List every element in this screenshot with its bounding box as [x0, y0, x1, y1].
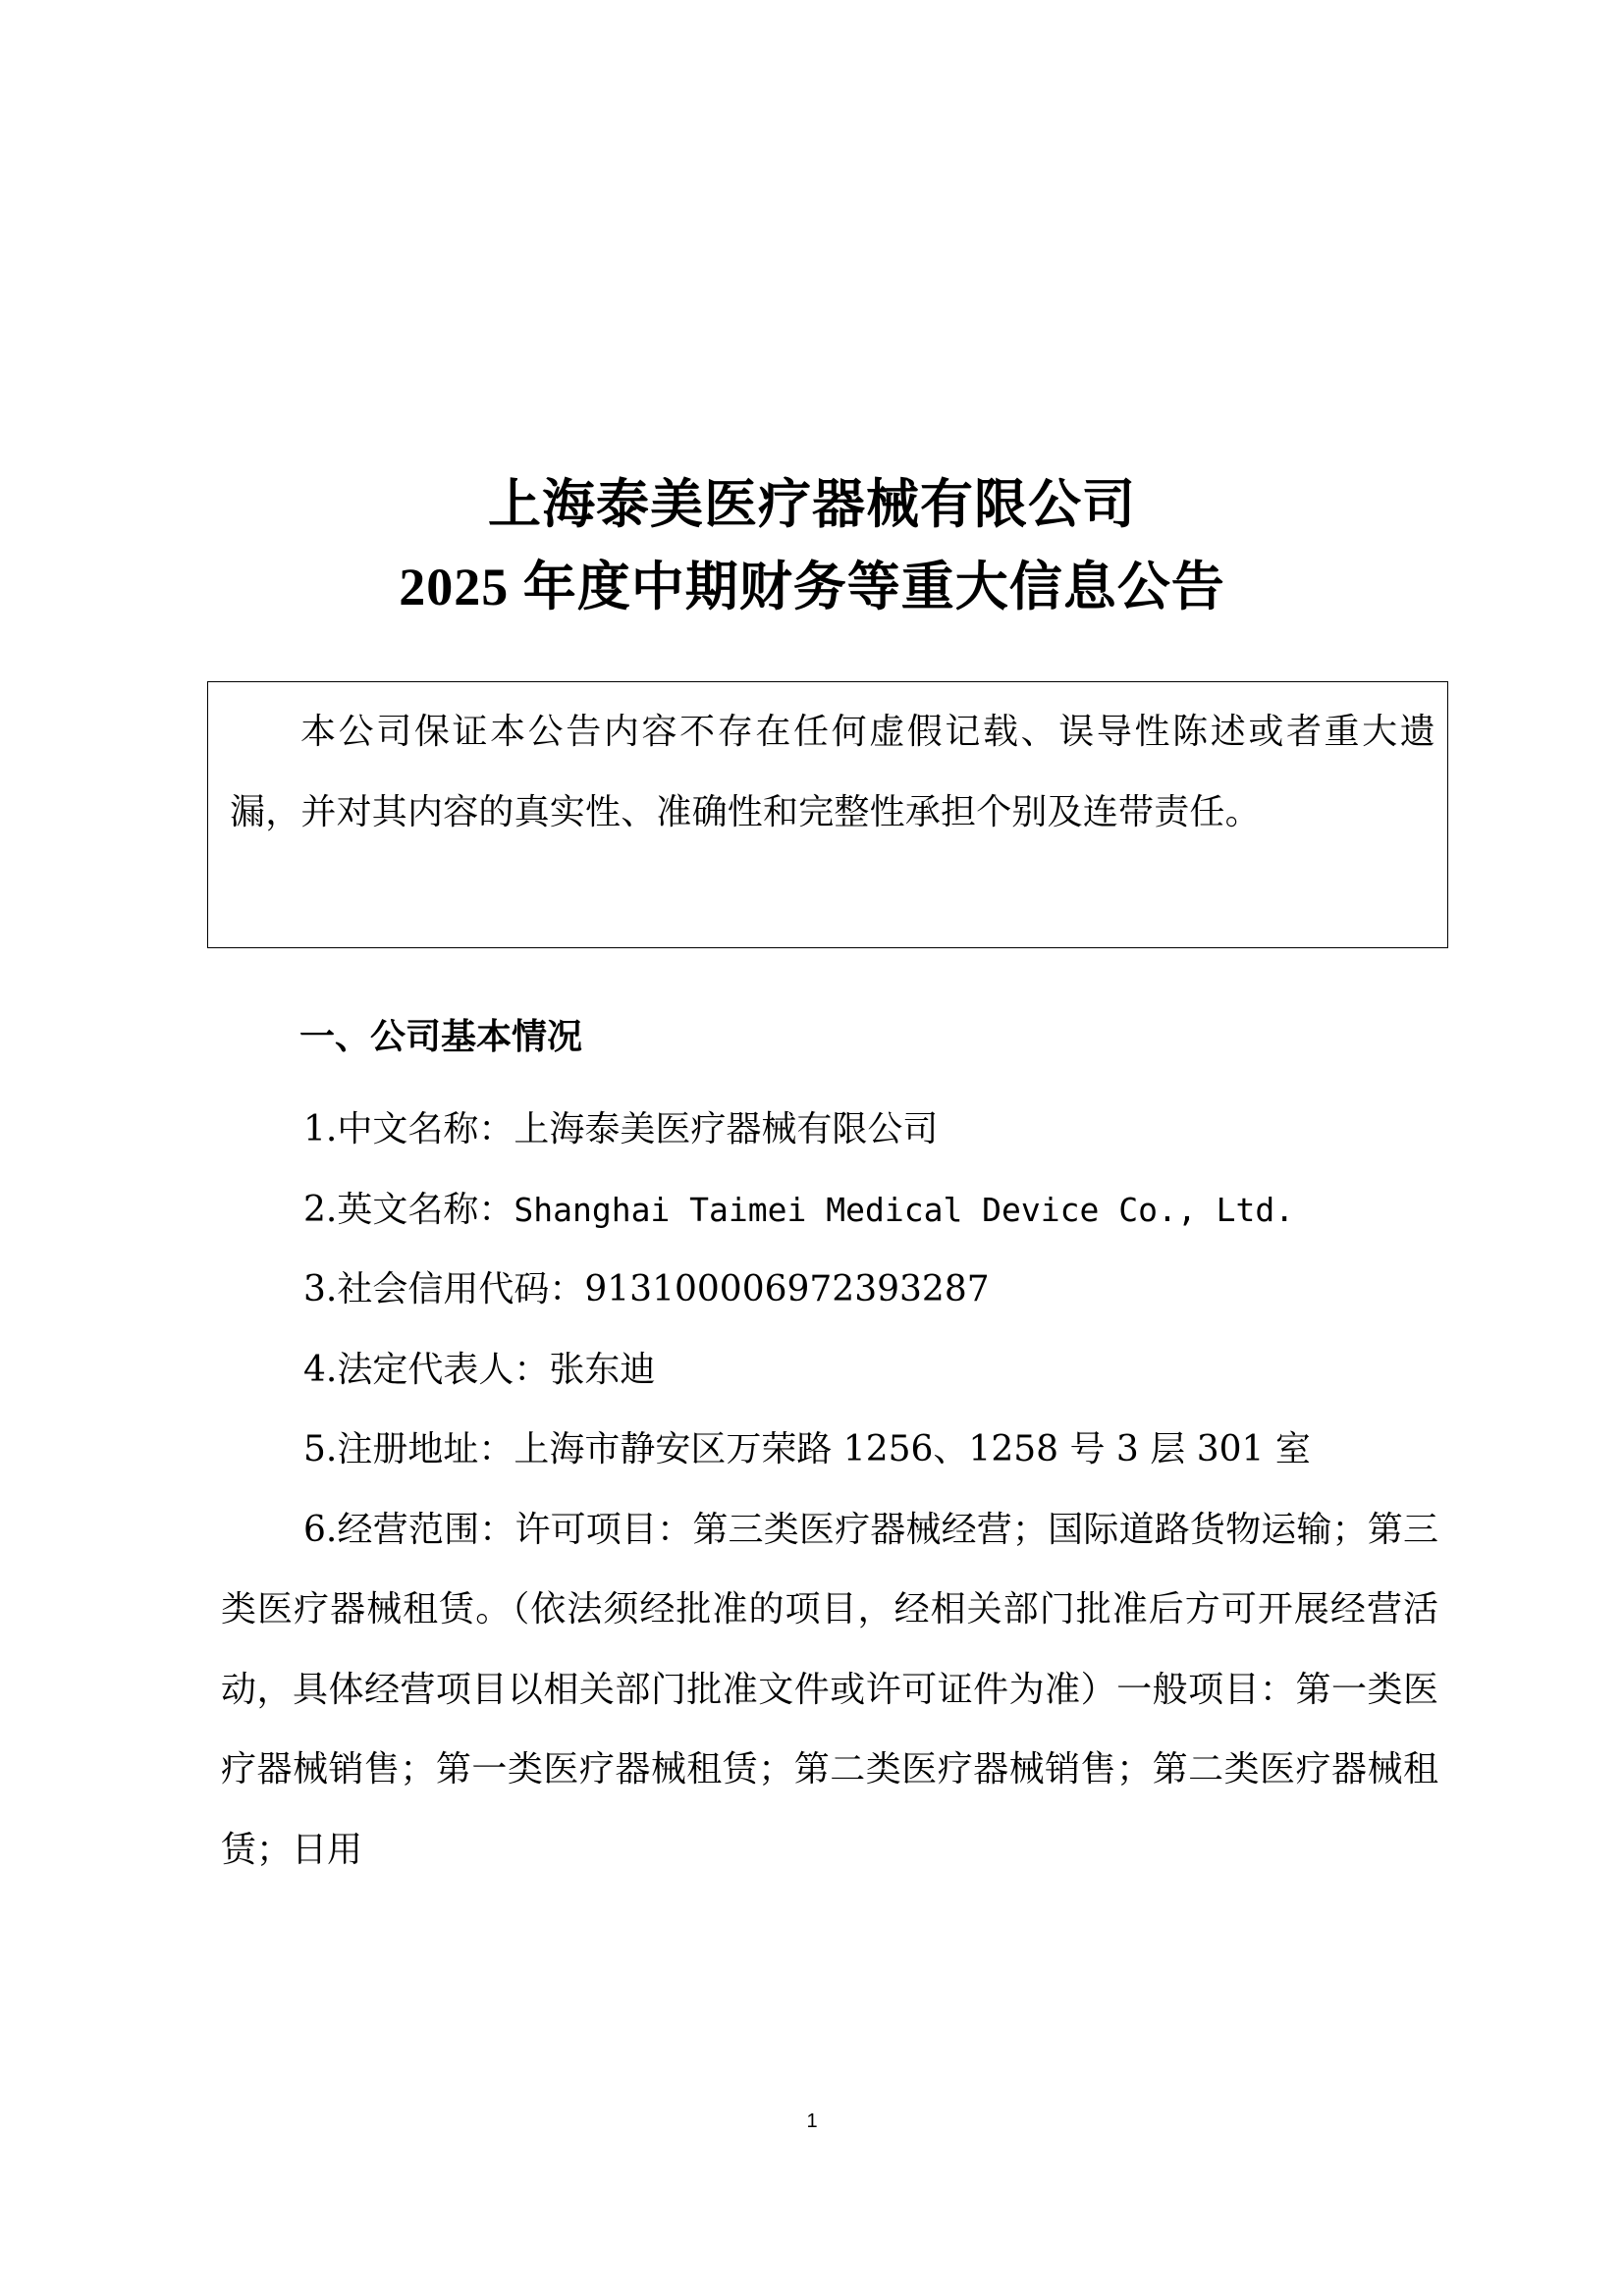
company-info-list: 1.中文名称：上海泰美医疗器械有限公司 2.英文名称：Shanghai Taim… — [221, 1090, 1438, 1890]
info-value: 上海泰美医疗器械有限公司 — [514, 1109, 938, 1149]
info-item-registered-address: 5.注册地址：上海市静安区万荣路 1256、1258 号 3 层 301 室 — [221, 1410, 1438, 1490]
info-label: 3.社会信用代码： — [303, 1269, 584, 1309]
info-item-business-scope: 6.经营范围：许可项目：第三类医疗器械经营；国际道路货物运输；第三类医疗器械租赁… — [221, 1490, 1438, 1891]
info-item-legal-representative: 4.法定代表人：张东迪 — [221, 1330, 1438, 1411]
info-label: 4.法定代表人： — [303, 1350, 549, 1390]
document-title-announcement: 2025 年度中期财务等重大信息公告 — [0, 546, 1624, 628]
info-item-english-name: 2.英文名称：Shanghai Taimei Medical Device Co… — [221, 1170, 1438, 1251]
section-heading-company-basics: 一、公司基本情况 — [299, 1001, 582, 1074]
document-title-company: 上海泰美医疗器械有限公司 — [0, 463, 1624, 546]
info-item-chinese-name: 1.中文名称：上海泰美医疗器械有限公司 — [221, 1090, 1438, 1170]
info-label: 6.经营范围： — [303, 1510, 514, 1550]
info-value: 许可项目：第三类医疗器械经营；国际道路货物运输；第三类医疗器械租赁。（依法须经批… — [221, 1510, 1438, 1870]
page-number: 1 — [0, 2110, 1624, 2133]
info-label: 5.注册地址： — [303, 1429, 514, 1469]
document-page: 上海泰美医疗器械有限公司 2025 年度中期财务等重大信息公告 本公司保证本公告… — [0, 0, 1624, 2296]
info-value: Shanghai Taimei Medical Device Co., Ltd. — [514, 1191, 1294, 1229]
info-value: 张东迪 — [549, 1350, 655, 1390]
info-item-credit-code: 3.社会信用代码：913100006972393287 — [221, 1250, 1438, 1330]
info-label: 1.中文名称： — [303, 1109, 514, 1149]
disclaimer-box: 本公司保证本公告内容不存在任何虚假记载、误导性陈述或者重大遗漏，并对其内容的真实… — [207, 681, 1448, 948]
info-value: 上海市静安区万荣路 1256、1258 号 3 层 301 室 — [514, 1429, 1311, 1469]
info-value: 913100006972393287 — [584, 1269, 989, 1309]
disclaimer-text: 本公司保证本公告内容不存在任何虚假记载、误导性陈述或者重大遗漏，并对其内容的真实… — [230, 692, 1435, 852]
info-label: 2.英文名称： — [303, 1190, 514, 1230]
